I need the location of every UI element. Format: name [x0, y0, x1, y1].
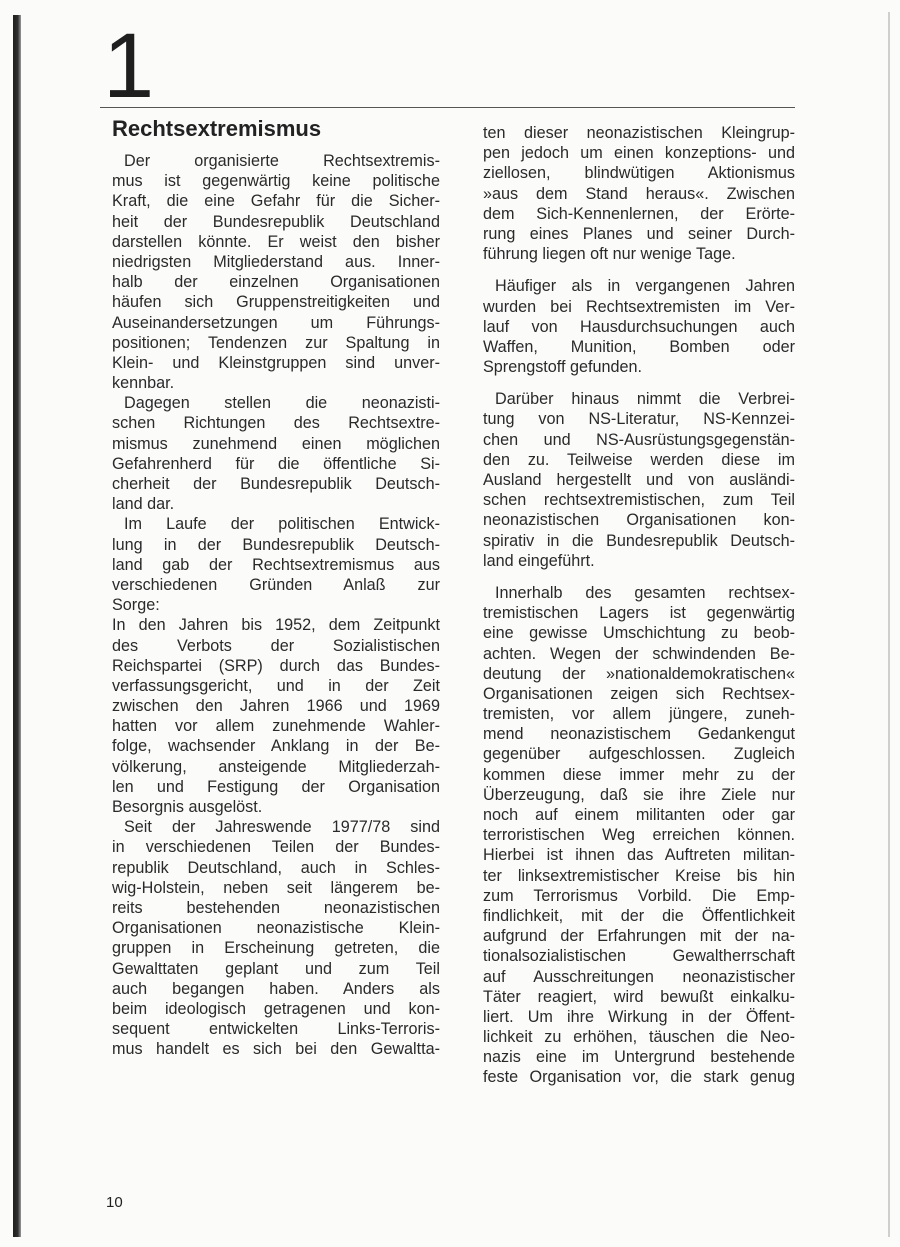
chapter-number: 1	[103, 20, 152, 112]
text-line: findlichkeit, mit der die Öffentlichkeit	[483, 906, 795, 926]
chapter-title: Rechtsextremismus	[112, 116, 321, 142]
text-line: Seit der Jahreswende 1977/78 sind	[112, 817, 440, 837]
text-line: chen und NS-Ausrüstungsgegenstän-	[483, 430, 795, 450]
text-line: schen rechtsextremistischen, zum Teil	[483, 490, 795, 510]
binding-edge	[13, 15, 21, 1237]
text-line: Reichspartei (SRP) durch das Bundes-	[112, 656, 440, 676]
text-line: »aus dem Stand heraus«. Zwischen	[483, 184, 795, 204]
text-line: mend neonazistischem Gedankengut	[483, 724, 795, 744]
text-line: deutung der »nationaldemokratischen«	[483, 664, 795, 684]
text-line: cherheit der Bundesrepublik Deutsch-	[112, 474, 440, 494]
text-line: positionen; Tendenzen zur Spaltung in	[112, 333, 440, 353]
text-line: Häufiger als in vergangenen Jahren	[483, 276, 795, 296]
text-line: Auseinandersetzungen um Führungs-	[112, 313, 440, 333]
text-line: land gab der Rechtsextremismus aus	[112, 555, 440, 575]
text-line: in verschiedenen Teilen der Bundes-	[112, 837, 440, 857]
text-line: len und Festigung der Organisation	[112, 777, 440, 797]
text-line: tremisten, vor allem jüngere, zuneh-	[483, 704, 795, 724]
text-line: aufgrund der Erfahrungen mit der na-	[483, 926, 795, 946]
text-line: Innerhalb des gesamten rechtsex-	[483, 583, 795, 603]
text-line: hatten vor allem zunehmende Wahler-	[112, 716, 440, 736]
text-line: Gefahrenherd für die öffentliche Si-	[112, 454, 440, 474]
text-line: noch auf einem militanten oder gar	[483, 805, 795, 825]
text-line: In den Jahren bis 1952, dem Zeitpunkt	[112, 615, 440, 635]
text-line: folge, wachsender Anklang in der Be-	[112, 736, 440, 756]
text-line: nazis eine im Untergrund bestehende	[483, 1047, 795, 1067]
text-line: Besorgnis ausgelöst.	[112, 797, 440, 817]
text-line: eine gewisse Umschichtung zu beob-	[483, 623, 795, 643]
paragraph: Dagegen stellen die neonazisti-schen Ric…	[112, 393, 440, 514]
paragraph: Im Laufe der politischen Entwick-lung in…	[112, 514, 440, 615]
text-line: beim ideologisch getragenen und kon-	[112, 999, 440, 1019]
text-line: darstellen könnte. Er weist den bisher	[112, 232, 440, 252]
paragraph: In den Jahren bis 1952, dem Zeitpunktdes…	[112, 615, 440, 817]
text-line: Hierbei ist ihnen das Auftreten militan-	[483, 845, 795, 865]
text-line: republik Deutschland, auch in Schles-	[112, 858, 440, 878]
text-line: Der organisierte Rechtsextremis-	[112, 151, 440, 171]
left-column: Der organisierte Rechtsextremis-mus ist …	[112, 151, 440, 1059]
text-line: Waffen, Munition, Bomben oder	[483, 337, 795, 357]
paragraph: ten dieser neonazistischen Kleingrup-pen…	[483, 123, 795, 264]
text-line: achten. Wegen der schwindenden Be-	[483, 644, 795, 664]
text-line: heit der Bundesrepublik Deutschland	[112, 212, 440, 232]
paragraph: Häufiger als in vergangenen Jahrenwurden…	[483, 276, 795, 377]
text-line: ten dieser neonazistischen Kleingrup-	[483, 123, 795, 143]
text-line: völkerung, ansteigende Mitgliederzah-	[112, 757, 440, 777]
text-line: Sorge:	[112, 595, 440, 615]
text-line: lung in der Bundesrepublik Deutsch-	[112, 535, 440, 555]
text-line: Kraft, die eine Gefahr für die Sicher-	[112, 191, 440, 211]
paragraph: Innerhalb des gesamten rechtsex-tremisti…	[483, 583, 795, 1088]
text-line: liert. Um ihre Wirkung in der Öffent-	[483, 1007, 795, 1027]
text-line: pen jedoch um einen konzeptions- und	[483, 143, 795, 163]
text-line: mus handelt es sich bei den Gewaltta-	[112, 1039, 440, 1059]
text-line: dem Sich-Kennenlernen, der Erörte-	[483, 204, 795, 224]
text-line: Darüber hinaus nimmt die Verbrei-	[483, 389, 795, 409]
text-line: halb der einzelnen Organisationen	[112, 272, 440, 292]
text-line: Organisationen neonazistische Klein-	[112, 918, 440, 938]
text-line: land eingeführt.	[483, 551, 795, 571]
text-line: schen Richtungen des Rechtsextre-	[112, 413, 440, 433]
text-line: niedrigsten Mitgliederstand aus. Inner-	[112, 252, 440, 272]
text-line: Ausland hergestellt und von ausländi-	[483, 470, 795, 490]
text-line: kommen diese immer mehr zu der	[483, 765, 795, 785]
text-line: verschiedenen Gründen Anlaß zur	[112, 575, 440, 595]
text-line: wurden bei Rechtsextremisten im Ver-	[483, 297, 795, 317]
text-line: gruppen in Erscheinung getreten, die	[112, 938, 440, 958]
text-line: Dagegen stellen die neonazisti-	[112, 393, 440, 413]
chapter-rule	[100, 107, 795, 108]
text-line: Gewalttaten geplant und zum Teil	[112, 959, 440, 979]
text-line: auf Ausschreitungen neonazistischer	[483, 967, 795, 987]
text-line: zum Terrorismus Vorbild. Die Emp-	[483, 886, 795, 906]
text-line: terroristischen Weg erreichen können.	[483, 825, 795, 845]
text-line: neonazistischen Organisationen kon-	[483, 510, 795, 530]
text-line: häufen sich Gruppenstreitigkeiten und	[112, 292, 440, 312]
text-line: Überzeugung, daß sie ihre Ziele nur	[483, 785, 795, 805]
text-line: Klein- und Kleinstgruppen sind unver-	[112, 353, 440, 373]
right-column: ten dieser neonazistischen Kleingrup-pen…	[483, 123, 795, 1100]
text-line: land dar.	[112, 494, 440, 514]
text-line: Im Laufe der politischen Entwick-	[112, 514, 440, 534]
text-line: feste Organisation vor, die stark genug	[483, 1067, 795, 1087]
text-line: gegenüber aufgeschlossen. Zugleich	[483, 744, 795, 764]
text-line: verfassungsgericht, und in der Zeit	[112, 676, 440, 696]
text-line: tung von NS-Literatur, NS-Kennzei-	[483, 409, 795, 429]
text-line: führung liegen oft nur wenige Tage.	[483, 244, 795, 264]
text-line: rung eines Planes und seiner Durch-	[483, 224, 795, 244]
text-line: spirativ in die Bundesrepublik Deutsch-	[483, 531, 795, 551]
text-line: auch begangen haben. Anders als	[112, 979, 440, 999]
page-number: 10	[106, 1194, 123, 1211]
text-line: ziellosen, blindwütigen Aktionismus	[483, 163, 795, 183]
text-line: Täter reagiert, wird bewußt einkalku-	[483, 987, 795, 1007]
text-line: Organisationen zeigen sich Rechtsex-	[483, 684, 795, 704]
paragraph: Darüber hinaus nimmt die Verbrei-tung vo…	[483, 389, 795, 571]
text-line: Sprengstoff gefunden.	[483, 357, 795, 377]
paragraph: Seit der Jahreswende 1977/78 sindin vers…	[112, 817, 440, 1059]
text-line: reits bestehenden neonazistischen	[112, 898, 440, 918]
page-edge	[888, 12, 890, 1237]
text-line: mus ist gegenwärtig keine politische	[112, 171, 440, 191]
text-line: den zu. Teilweise werden diese im	[483, 450, 795, 470]
text-line: zwischen den Jahren 1966 und 1969	[112, 696, 440, 716]
text-line: des Verbots der Sozialistischen	[112, 636, 440, 656]
text-line: lauf von Hausdurchsuchungen auch	[483, 317, 795, 337]
paragraph: Der organisierte Rechtsextremis-mus ist …	[112, 151, 440, 393]
text-line: tremistischen Lagers ist gegenwärtig	[483, 603, 795, 623]
text-line: mismus zunehmend einen möglichen	[112, 434, 440, 454]
text-line: lichkeit zu erhöhen, täuschen die Neo-	[483, 1027, 795, 1047]
text-line: ter linksextremistischer Kreise bis hin	[483, 866, 795, 886]
text-line: wig-Holstein, neben seit längerem be-	[112, 878, 440, 898]
text-line: kennbar.	[112, 373, 440, 393]
text-line: sequent entwickelten Links-Terroris-	[112, 1019, 440, 1039]
text-line: tionalsozialistischen Gewaltherrschaft	[483, 946, 795, 966]
